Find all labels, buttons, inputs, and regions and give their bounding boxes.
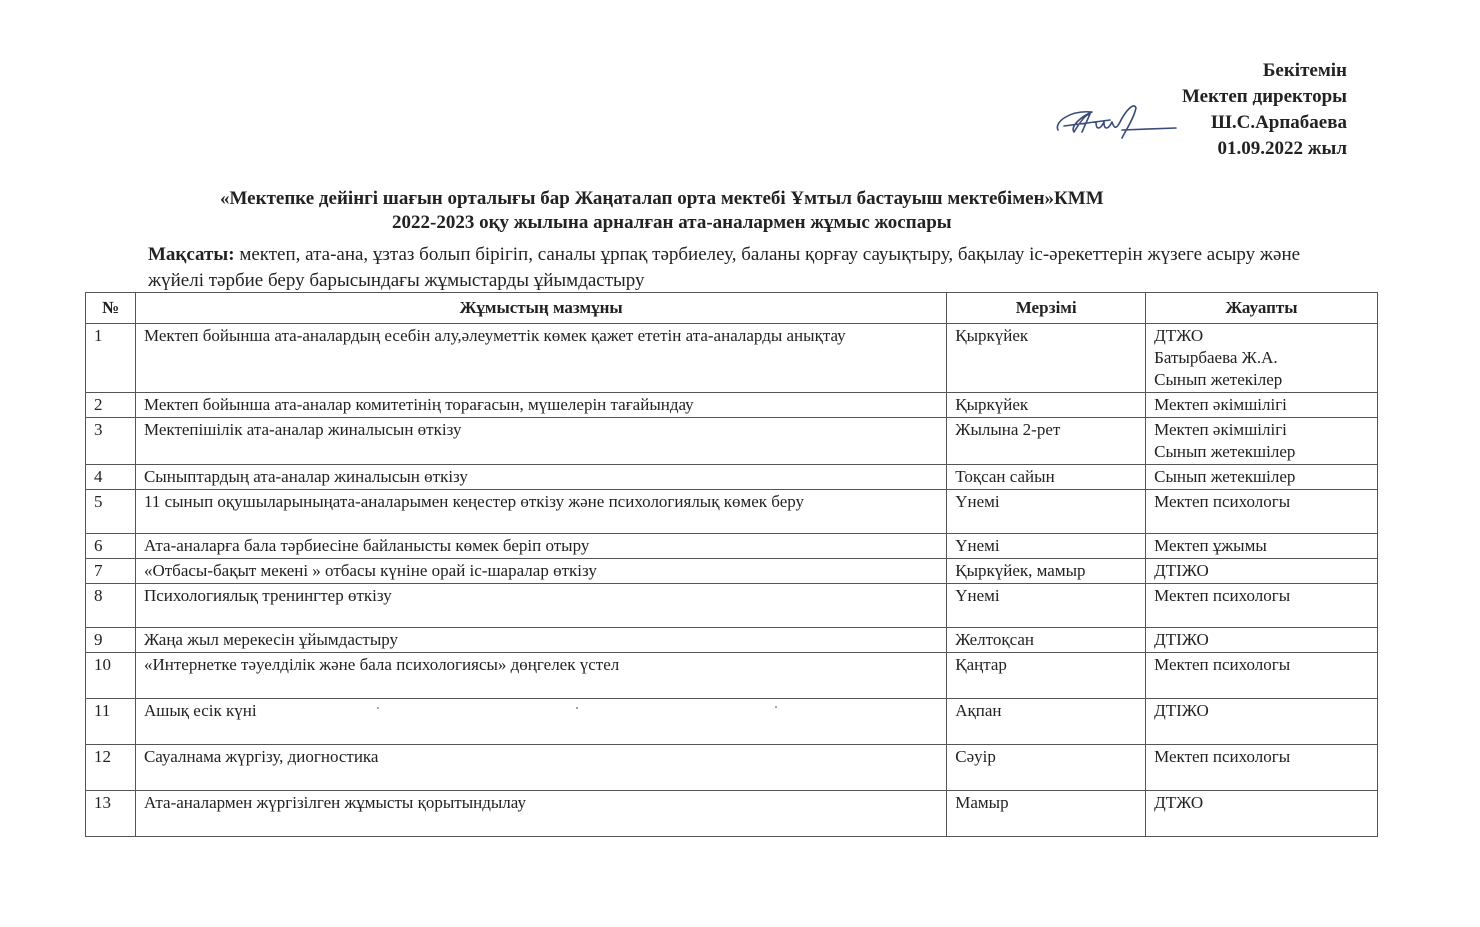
row-term: Сәуір [947,745,1146,791]
row-term: Үнемі [947,584,1146,628]
responsible-entry: Сынып жетекшілер [1154,466,1369,488]
table-row: 12Сауалнама жүргізу, диогностикаСәуірМек… [86,745,1378,791]
row-responsible: Мектеп ұжымы [1146,534,1378,559]
row-responsible: Сынып жетекшілер [1146,465,1378,490]
work-plan-table: № Жұмыстың мазмұны Мерзімі Жауапты 1Мект… [85,292,1378,837]
row-content: Психологиялық тренингтер өткізу [135,584,946,628]
responsible-entry: Мектеп әкімшілігі [1154,394,1369,416]
row-number: 9 [86,628,136,653]
row-term: Қаңтар [947,653,1146,699]
responsible-entry: Мектеп психологы [1154,585,1369,607]
row-responsible: Мектеп психологы [1146,653,1378,699]
responsible-entry: Мектеп әкімшілігі [1154,419,1369,441]
responsible-entry: Сынып жетекшілер [1154,441,1369,463]
row-content: «Интернетке тәуелділік және бала психоло… [135,653,946,699]
table-row: 1Мектеп бойынша ата-аналардың есебін алу… [86,324,1378,393]
scan-speck [377,707,379,709]
row-responsible: Мектеп психологы [1146,745,1378,791]
row-responsible: Мектеп психологы [1146,490,1378,534]
goal-paragraph: Мақсаты: мектеп, ата-ана, ұзтаз болып бі… [148,242,1318,294]
row-number: 7 [86,559,136,584]
table-row: 3Мектепішілік ата-аналар жиналысын өткіз… [86,418,1378,465]
approval-date: 01.09.2022 жыл [1182,136,1347,162]
row-content: Ата-аналармен жүргізілген жұмысты қорыты… [135,791,946,837]
responsible-entry: ДТІЖО [1154,560,1369,582]
row-term: Қыркүйек [947,393,1146,418]
scan-speck [576,707,578,709]
row-term: Қыркүйек, мамыр [947,559,1146,584]
row-number: 10 [86,653,136,699]
scan-speck [775,706,777,708]
row-number: 6 [86,534,136,559]
row-content: Сауалнама жүргізу, диогностика [135,745,946,791]
row-responsible: ДТЖО [1146,791,1378,837]
table-row: 13Ата-аналармен жүргізілген жұмысты қоры… [86,791,1378,837]
row-number: 2 [86,393,136,418]
approval-position: Мектеп директоры [1182,84,1347,110]
row-term: Қыркүйек [947,324,1146,393]
row-responsible: Мектеп әкімшілігіСынып жетекшілер [1146,418,1378,465]
header-term: Мерзімі [947,293,1146,324]
responsible-entry: Мектеп психологы [1154,746,1369,768]
responsible-entry: ДТІЖО [1154,700,1369,722]
responsible-entry: Мектеп психологы [1154,654,1369,676]
goal-label: Мақсаты: [148,244,235,265]
title-line-2: 2022-2023 оқу жылына арналған ата-аналар… [392,211,952,235]
header-responsible: Жауапты [1146,293,1378,324]
row-content: Сыныптардың ата-аналар жиналысын өткізу [135,465,946,490]
row-number: 13 [86,791,136,837]
row-term: Желтоқсан [947,628,1146,653]
approval-block: Бекітемін Мектеп директоры Ш.С.Арпабаева… [1182,58,1347,162]
responsible-entry: ДТІЖО [1154,629,1369,651]
row-term: Үнемі [947,490,1146,534]
row-responsible: Мектеп психологы [1146,584,1378,628]
row-responsible: ДТІЖО [1146,628,1378,653]
row-responsible: ДТІЖО [1146,699,1378,745]
row-content: 11 сынып оқушыларыныңата-аналарымен кеңе… [135,490,946,534]
row-content: Мектеп бойынша ата-аналар комитетінің то… [135,393,946,418]
responsible-entry: Мектеп ұжымы [1154,535,1369,557]
row-term: Тоқсан сайын [947,465,1146,490]
responsible-entry: ДТЖО [1154,792,1369,814]
row-number: 5 [86,490,136,534]
table-row: 8Психологиялық тренингтер өткізуҮнеміМек… [86,584,1378,628]
approval-heading: Бекітемін [1182,58,1347,84]
row-content: Ашық есік күні [135,699,946,745]
table-row: 511 сынып оқушыларыныңата-аналарымен кең… [86,490,1378,534]
responsible-entry: ДТЖО [1154,325,1369,347]
row-number: 4 [86,465,136,490]
table-row: 6Ата-аналарға бала тәрбиесіне байланысты… [86,534,1378,559]
row-term: Жылына 2-рет [947,418,1146,465]
title-line-1: «Мектепке дейінгі шағын орталығы бар Жаң… [220,187,1104,211]
row-responsible: ДТЖОБатырбаева Ж.А.Сынып жетекілер [1146,324,1378,393]
responsible-entry: Мектеп психологы [1154,491,1369,513]
row-content: Мектеп бойынша ата-аналардың есебін алу,… [135,324,946,393]
table-row: 7«Отбасы-бақыт мекені » отбасы күніне ор… [86,559,1378,584]
row-number: 1 [86,324,136,393]
row-responsible: Мектеп әкімшілігі [1146,393,1378,418]
header-content: Жұмыстың мазмұны [135,293,946,324]
row-term: Ақпан [947,699,1146,745]
table-row: 2Мектеп бойынша ата-аналар комитетінің т… [86,393,1378,418]
responsible-entry: Батырбаева Ж.А. [1154,347,1369,369]
row-number: 12 [86,745,136,791]
row-number: 8 [86,584,136,628]
table-row: 4Сыныптардың ата-аналар жиналысын өткізу… [86,465,1378,490]
row-content: Ата-аналарға бала тәрбиесіне байланысты … [135,534,946,559]
table-row: 9Жаңа жыл мерекесін ұйымдастыруЖелтоқсан… [86,628,1378,653]
signature-icon [1052,100,1182,142]
row-content: Жаңа жыл мерекесін ұйымдастыру [135,628,946,653]
row-responsible: ДТІЖО [1146,559,1378,584]
table-row: 11Ашық есік күніАқпанДТІЖО [86,699,1378,745]
header-number: № [86,293,136,324]
row-content: «Отбасы-бақыт мекені » отбасы күніне ора… [135,559,946,584]
table-row: 10«Интернетке тәуелділік және бала психо… [86,653,1378,699]
table-header-row: № Жұмыстың мазмұны Мерзімі Жауапты [86,293,1378,324]
row-term: Мамыр [947,791,1146,837]
approval-name: Ш.С.Арпабаева [1182,110,1347,136]
row-content: Мектепішілік ата-аналар жиналысын өткізу [135,418,946,465]
row-number: 3 [86,418,136,465]
row-term: Үнемі [947,534,1146,559]
goal-text: мектеп, ата-ана, ұзтаз болып бірігіп, са… [148,244,1300,291]
responsible-entry: Сынып жетекілер [1154,369,1369,391]
row-number: 11 [86,699,136,745]
